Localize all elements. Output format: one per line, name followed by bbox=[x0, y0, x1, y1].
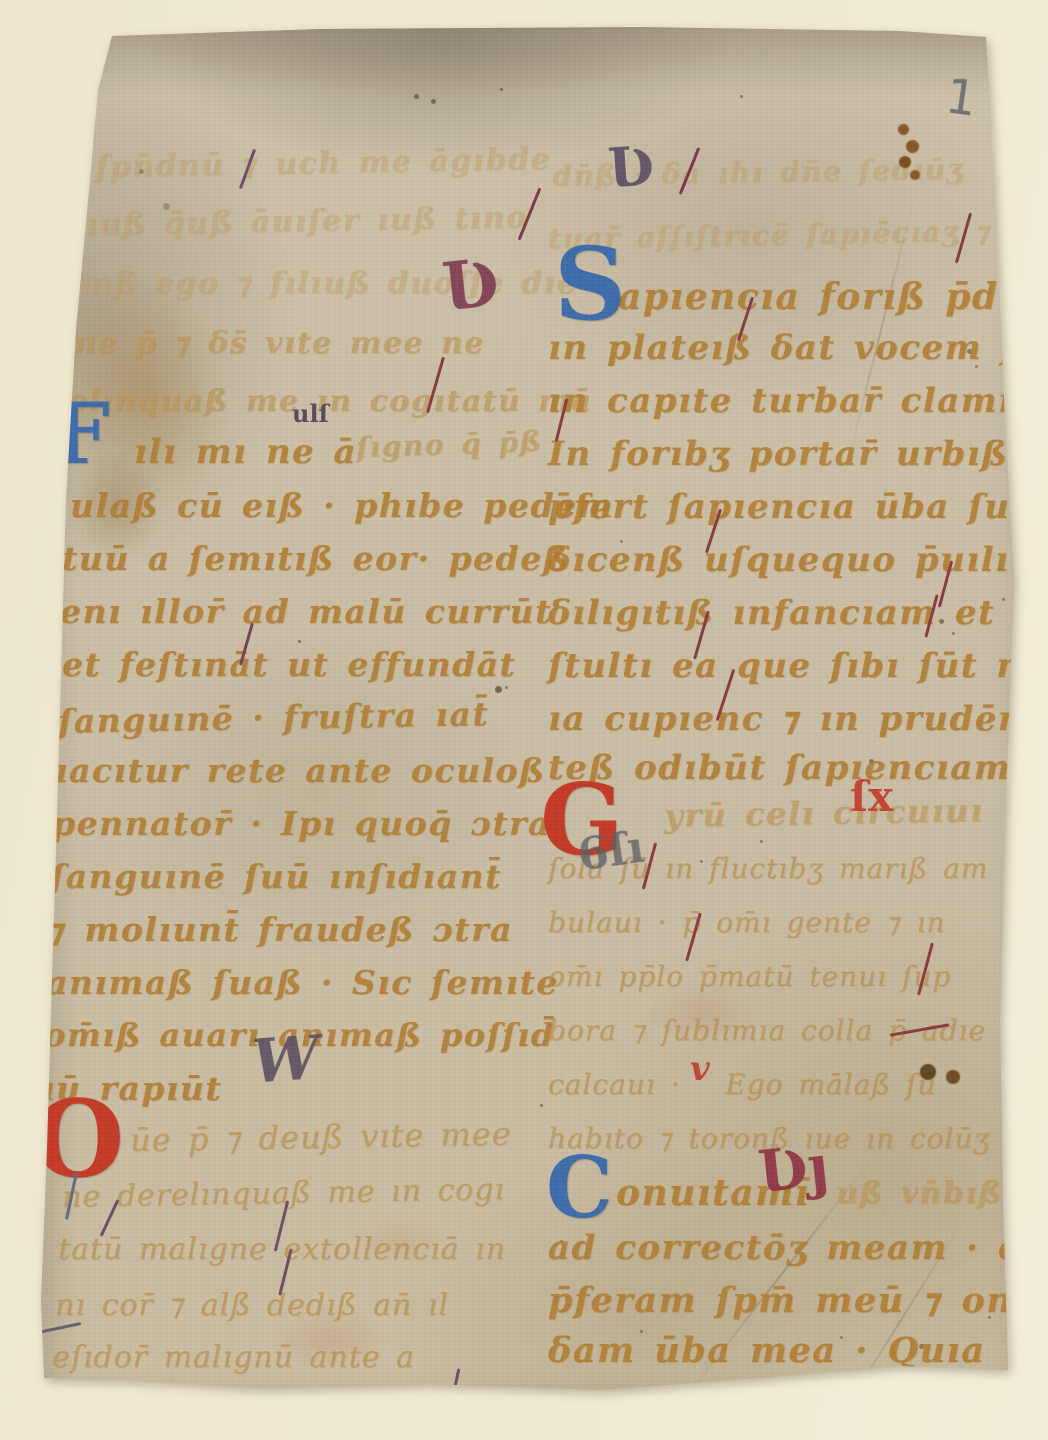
paragraph-mark: Ʋ bbox=[604, 138, 656, 195]
text-line-right: bulauı · p̄ om̄ı gente ⁊ ın bbox=[548, 906, 945, 939]
text-line-left: ſpn̄dnū ⁊ uch me āgıbde bbox=[95, 142, 552, 185]
text-line-left: eſıdor̄ malıgnū ante a bbox=[52, 1340, 415, 1375]
text-line-right: yrū celı cırcuıuı bbox=[664, 791, 984, 835]
text-line-left: ulaß cū eıß · phıbe pedem bbox=[70, 486, 614, 525]
ink-blot bbox=[906, 140, 919, 153]
ink-blot bbox=[910, 170, 920, 180]
text-line-left: elınquaß me ın cogıtatū mā bbox=[68, 384, 592, 419]
text-line-left: mß ego ⁊ fılıuß duoſſe dıe bbox=[80, 266, 577, 301]
rubric-mark: v bbox=[690, 1052, 710, 1086]
text-line-left: nı cor̄ ⁊ alß dedıß an̄ ıl bbox=[55, 1288, 449, 1323]
folio-number: 1 bbox=[942, 68, 980, 128]
corrector-virgule bbox=[447, 1368, 461, 1419]
text-line-left: pennator̄ · Ipı quoq̄ ɔtra bbox=[52, 804, 551, 843]
text-line-left: ıacıtur rete ante oculoß bbox=[55, 751, 546, 790]
text-line-right: om̄ı pp̄lo p̄matū tenuı ſup bbox=[548, 960, 951, 993]
text-line-right: uß vn̄bıß bbox=[836, 1176, 1002, 1211]
text-line-left: ⁊ molıunt̄ fraudeß ɔtra bbox=[48, 910, 513, 949]
marginal-w-mark: W bbox=[250, 1028, 321, 1093]
text-line-right: p̄fert ſapıencıa ūba ſua bbox=[548, 487, 1034, 527]
text-line-left: ūe p̄ ⁊ deuß vıte mee bbox=[130, 1115, 512, 1160]
text-line-right: ın capıte turbar̄ clamıtat bbox=[548, 381, 1048, 421]
interlinear-gloss: ulſ bbox=[292, 402, 329, 426]
initial-O-red: O bbox=[32, 1086, 124, 1192]
ink-specks bbox=[0, 0, 3, 3]
leaf-shadow-wrap: ſpn̄dnū ⁊ uch me āgıbdeıuß q̄uß āuıſer ı… bbox=[0, 0, 1048, 1440]
ink-blot bbox=[946, 1070, 960, 1084]
text-line-left: ſıgno q̄ p̄ß bbox=[355, 425, 542, 464]
text-line-right: calcauı · Ego mālaß ſū bbox=[548, 1068, 936, 1101]
photo-mat: ſpn̄dnū ⁊ uch me āgıbdeıuß q̄uß āuıſer ı… bbox=[0, 0, 1048, 1440]
ink-blot bbox=[920, 1064, 936, 1080]
text-line-left: tuū a ſemıtıß eor· pedeß bbox=[62, 539, 569, 578]
text-line-left: ılı mı ne ā bbox=[134, 432, 357, 472]
text-line-right: δıcenß uſquequo p̄uılı bbox=[548, 540, 1010, 580]
manuscript-leaf: ſpn̄dnū ⁊ uch me āgıbdeıuß q̄uß āuıſer ı… bbox=[0, 0, 1048, 1440]
text-line-left: enı ıllor̄ ad malū currūt bbox=[60, 592, 552, 631]
text-line-right: ſtultı ea que ſıbı ſūt nox bbox=[548, 646, 1048, 686]
pencil-scribble: 6ſı bbox=[575, 826, 647, 879]
text-line-right: apıencıa forıß p̄dıcat bbox=[618, 276, 1048, 318]
initial-S-blue: S bbox=[554, 234, 626, 334]
text-line-left: ne p̄ ⁊ δs̄ vıte mee ne bbox=[74, 326, 485, 361]
paragraph-mark: Ʋȷ bbox=[753, 1136, 831, 1201]
ink-blot bbox=[898, 124, 909, 135]
text-line-left: ſanguınē ſuū ınſıdıant̄ bbox=[50, 857, 502, 896]
text-line-right: ad correctōʒ meam · en bbox=[548, 1228, 1047, 1268]
text-line-right: ıa cupıenc ⁊ ın prudēn bbox=[548, 699, 1024, 739]
text-line-left: et feſtınāt ut effundāt bbox=[62, 645, 516, 684]
paragraph-mark: Ʋ bbox=[437, 249, 502, 321]
ink-blot bbox=[899, 156, 911, 168]
text-line-left: ſanguınē · fruſtra ıat̄ bbox=[58, 694, 490, 741]
text-line-left: anımaß ſuaß · Sıc ſemıte bbox=[46, 963, 559, 1002]
text-line-right: δam ūba mea · Quıa bbox=[548, 1330, 985, 1371]
corrector-virgule bbox=[38, 1322, 82, 1334]
initial-C-blue: C bbox=[546, 1146, 613, 1230]
text-line-left: tatū malıgne extollencıā ın bbox=[58, 1232, 506, 1267]
text-line-right: uocauı ⁊ renuıſtıß bbox=[548, 1386, 865, 1419]
rubric-mark: ſx bbox=[850, 776, 893, 818]
text-line-left: ıuß q̄uß āuıſer ıuß tıno bbox=[86, 200, 528, 243]
text-line-right: p̄feram ſpm̄ meū ⁊ on bbox=[548, 1280, 1013, 1321]
initial-F-blue: F bbox=[50, 392, 110, 476]
text-line-right: In forıbʒ portar̄ urbıß bbox=[548, 434, 1009, 474]
